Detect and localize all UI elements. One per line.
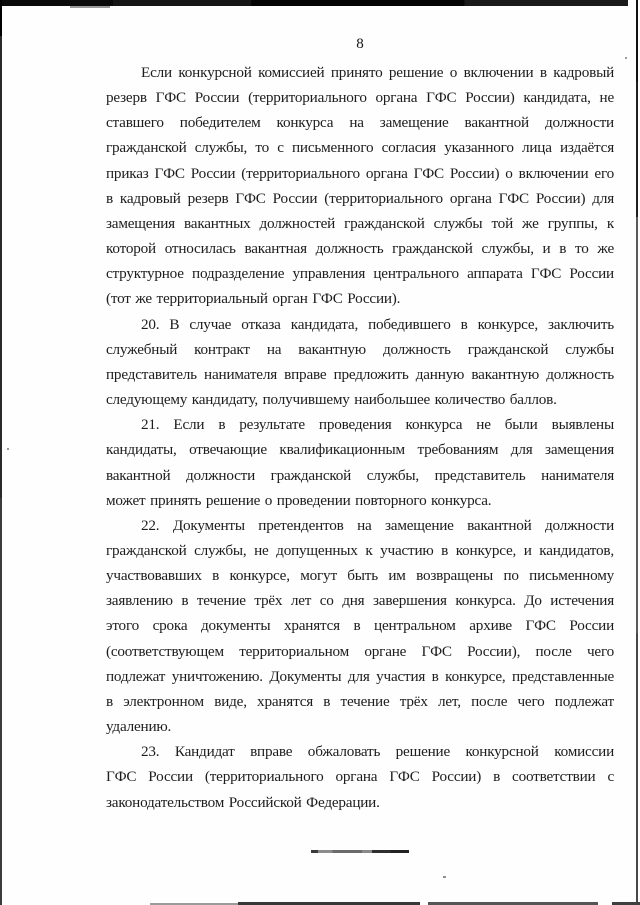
text-line: 22. Документы претендентов на замещение … bbox=[106, 513, 614, 538]
paragraph: 20. В случае отказа кандидата, победивше… bbox=[106, 312, 614, 413]
text-line: в электронном виде, хранятся в течение т… bbox=[106, 689, 614, 714]
text-line: (соответствующем территориальном органе … bbox=[106, 639, 614, 664]
text-line: 20. В случае отказа кандидата, победивше… bbox=[106, 312, 614, 337]
text-line: 21. Если в результате проведения конкурс… bbox=[106, 412, 614, 437]
text-line: резерв ГФС России (территориального орга… bbox=[106, 85, 614, 110]
document-body-text: Если конкурсной комиссией принято решени… bbox=[106, 60, 614, 815]
scan-artifact-left-edge bbox=[0, 0, 2, 905]
text-line: структурное подразделение управления цен… bbox=[106, 261, 614, 286]
paragraph: 21. Если в результате проведения конкурс… bbox=[106, 412, 614, 513]
scan-artifact-top-notch bbox=[70, 6, 110, 8]
scan-artifact-right-edge bbox=[636, 0, 638, 905]
text-line: ГФС России (территориального органа ГФС … bbox=[106, 764, 614, 789]
paragraph: 22. Документы претендентов на замещение … bbox=[106, 513, 614, 739]
text-line: замещения вакантных должностей гражданск… bbox=[106, 211, 614, 236]
footnote-separator-line bbox=[311, 850, 409, 853]
text-line: которой относилась вакантная должность г… bbox=[106, 236, 614, 261]
text-line: (тот же территориальный орган ГФС России… bbox=[106, 286, 614, 311]
paragraph: Если конкурсной комиссией принято решени… bbox=[106, 60, 614, 312]
text-line: участвовавших в конкурсе, могут быть им … bbox=[106, 563, 614, 588]
text-line: заявлению в течение трёх лет со дня заве… bbox=[106, 588, 614, 613]
text-line: в кадровый резерв ГФС России (территориа… bbox=[106, 186, 614, 211]
page-number: 8 bbox=[106, 36, 614, 60]
text-line: ставшего победителем конкурса на замещен… bbox=[106, 110, 614, 135]
paragraph: 23. Кандидат вправе обжаловать решение к… bbox=[106, 739, 614, 814]
scan-speck bbox=[625, 57, 627, 59]
text-line: может принять решение о проведении повто… bbox=[106, 488, 614, 513]
text-line: гражданской службы, то с письменного сог… bbox=[106, 135, 614, 160]
text-line: подлежат уничтожению. Документы для учас… bbox=[106, 664, 614, 689]
text-line: кандидаты, отвечающие квалификационным т… bbox=[106, 437, 614, 462]
text-line: представитель нанимателя вправе предложи… bbox=[106, 362, 614, 387]
scanned-document-page: 8 Если конкурсной комиссией принято реше… bbox=[0, 0, 640, 905]
text-line: гражданской службы, не допущенных к учас… bbox=[106, 538, 614, 563]
text-line: Если конкурсной комиссией принято решени… bbox=[106, 60, 614, 85]
text-line: 23. Кандидат вправе обжаловать решение к… bbox=[106, 739, 614, 764]
text-line: вакантной должности гражданской службы, … bbox=[106, 463, 614, 488]
text-line: служебный контракт на вакантную должност… bbox=[106, 337, 614, 362]
text-line: удалению. bbox=[106, 714, 614, 739]
text-line: этого срока документы хранятся в централ… bbox=[106, 613, 614, 638]
text-line: законодательством Российской Федерации. bbox=[106, 790, 614, 815]
scan-speck bbox=[443, 876, 446, 878]
scan-speck bbox=[7, 448, 9, 450]
text-line: приказ ГФС России (территориального орга… bbox=[106, 161, 614, 186]
text-line: следующему кандидату, получившему наибол… bbox=[106, 387, 614, 412]
